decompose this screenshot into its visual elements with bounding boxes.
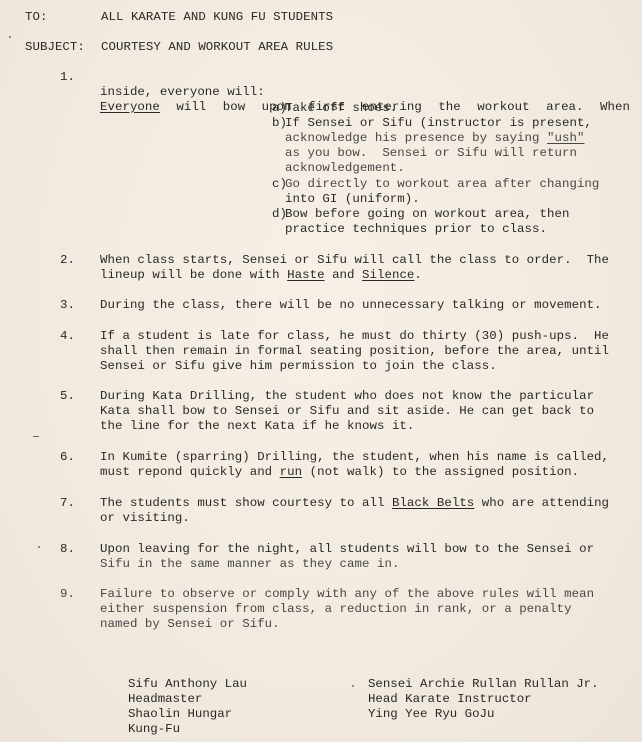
rule-1-word: the (438, 100, 460, 115)
rule-9-number: 9. (60, 587, 75, 602)
rule-6-text: (not walk) to the assigned position. (302, 465, 579, 479)
haste-word: Haste (287, 268, 324, 282)
signature-left-name: Sifu Anthony Lau (128, 677, 247, 692)
subitem-c-line-2: into GI (uniform). (285, 192, 420, 207)
rule-7-number: 7. (60, 496, 75, 511)
rule-7-line-2: or visiting. (100, 511, 190, 526)
rule-1-word: bow (223, 100, 245, 115)
rule-6-line-1: In Kumite (sparring) Drilling, the stude… (100, 450, 609, 465)
rule-4-line-1: If a student is late for class, he must … (100, 329, 609, 344)
to-value: ALL KARATE AND KUNG FU STUDENTS (101, 10, 333, 25)
rule-7-text: who are attending (474, 496, 609, 510)
black-belts-word: Black Belts (392, 496, 474, 510)
rule-3-line-1: During the class, there will be no unnec… (100, 298, 602, 313)
subitem-d-line-1: Bow before going on workout area, then (285, 207, 569, 222)
rule-6-text: must repond quickly and (100, 465, 280, 479)
rule-5-line-2: Kata shall bow to Sensei or Sifu and sit… (100, 404, 594, 419)
rule-1-word: Everyone (100, 100, 160, 115)
rule-7-text: The students must show courtesy to all (100, 496, 392, 510)
rule-3-number: 3. (60, 298, 75, 313)
rule-8-number: 8. (60, 542, 75, 557)
signature-right-school: Ying Yee Ryu GoJu (368, 707, 494, 722)
subitem-b-line-3: as you bow. Sensei or Sifu will return (285, 146, 577, 161)
rule-6-number: 6. (60, 450, 75, 465)
rule-5-line-1: During Kata Drilling, the student who do… (100, 389, 594, 404)
rule-2-line-2: lineup will be done with Haste and Silen… (100, 268, 422, 283)
rule-2-text: lineup will be done with (100, 268, 287, 282)
rule-2-line-1: When class starts, Sensei or Sifu will c… (100, 253, 609, 268)
subject-value: COURTESY AND WORKOUT AREA RULES (101, 40, 333, 55)
rule-9-line-3: named by Sensei or Sifu. (100, 617, 280, 632)
memo-page: TO: ALL KARATE AND KUNG FU STUDENTS SUBJ… (0, 0, 642, 742)
rule-1-word: area. (546, 100, 583, 115)
paper-speck (33, 436, 39, 437)
rule-4-line-3: Sensei or Sifu give him permission to jo… (100, 359, 497, 374)
rule-9-line-2: either suspension from class, a reductio… (100, 602, 572, 617)
signature-left-school: Shaolin Hungar (128, 707, 232, 722)
paper-speck (38, 546, 40, 548)
signature-right-title: Head Karate Instructor (368, 692, 532, 707)
rule-5-number: 5. (60, 389, 75, 404)
subitem-a-text: Take off shoes. (285, 101, 397, 116)
subitem-c-line-1: Go directly to workout area after changi… (285, 177, 599, 192)
rule-1-word: will (176, 100, 206, 115)
rule-9-line-1: Failure to observe or comply with any of… (100, 587, 594, 602)
signature-right-name: Sensei Archie Rullan Rullan Jr. (368, 677, 599, 692)
run-word: run (280, 465, 302, 479)
paper-speck (9, 36, 11, 38)
rule-8-line-1: Upon leaving for the night, all students… (100, 542, 594, 557)
subitem-b-line-4: acknowledgement. (285, 161, 405, 176)
rule-7-line-1: The students must show courtesy to all B… (100, 496, 609, 511)
subject-label: SUBJECT: (25, 40, 85, 55)
subitem-b-line-1: If Sensei or Sifu (instructor is present… (285, 116, 592, 131)
rule-1-word: workout (477, 100, 529, 115)
subitem-b-line-2: acknowledge his presence by saying "ush" (285, 131, 584, 146)
rule-1-word: When (600, 100, 630, 115)
silence-word: Silence (362, 268, 414, 282)
paper-speck (352, 685, 354, 687)
rule-5-line-3: the line for the next Kata if he knows i… (100, 419, 414, 434)
rule-4-line-2: shall then remain in formal seating posi… (100, 344, 609, 359)
subitem-b-line-2-text: acknowledge his presence by saying (285, 131, 547, 145)
rule-2-text: and (325, 268, 362, 282)
to-label: TO: (25, 10, 47, 25)
rule-6-line-2: must repond quickly and run (not walk) t… (100, 465, 579, 480)
subitem-d-line-2: practice techniques prior to class. (285, 222, 547, 237)
signature-left-style: Kung-Fu (128, 722, 180, 737)
rule-1-number: 1. (60, 70, 75, 85)
rule-1-line-2: inside, everyone will: (100, 85, 265, 100)
rule-8-line-2: Sifu in the same manner as they came in. (100, 557, 399, 572)
ush-quote: "ush" (547, 131, 584, 145)
signature-left-title: Headmaster (128, 692, 202, 707)
rule-4-number: 4. (60, 329, 75, 344)
rule-2-text: . (414, 268, 422, 282)
rule-2-number: 2. (60, 253, 75, 268)
